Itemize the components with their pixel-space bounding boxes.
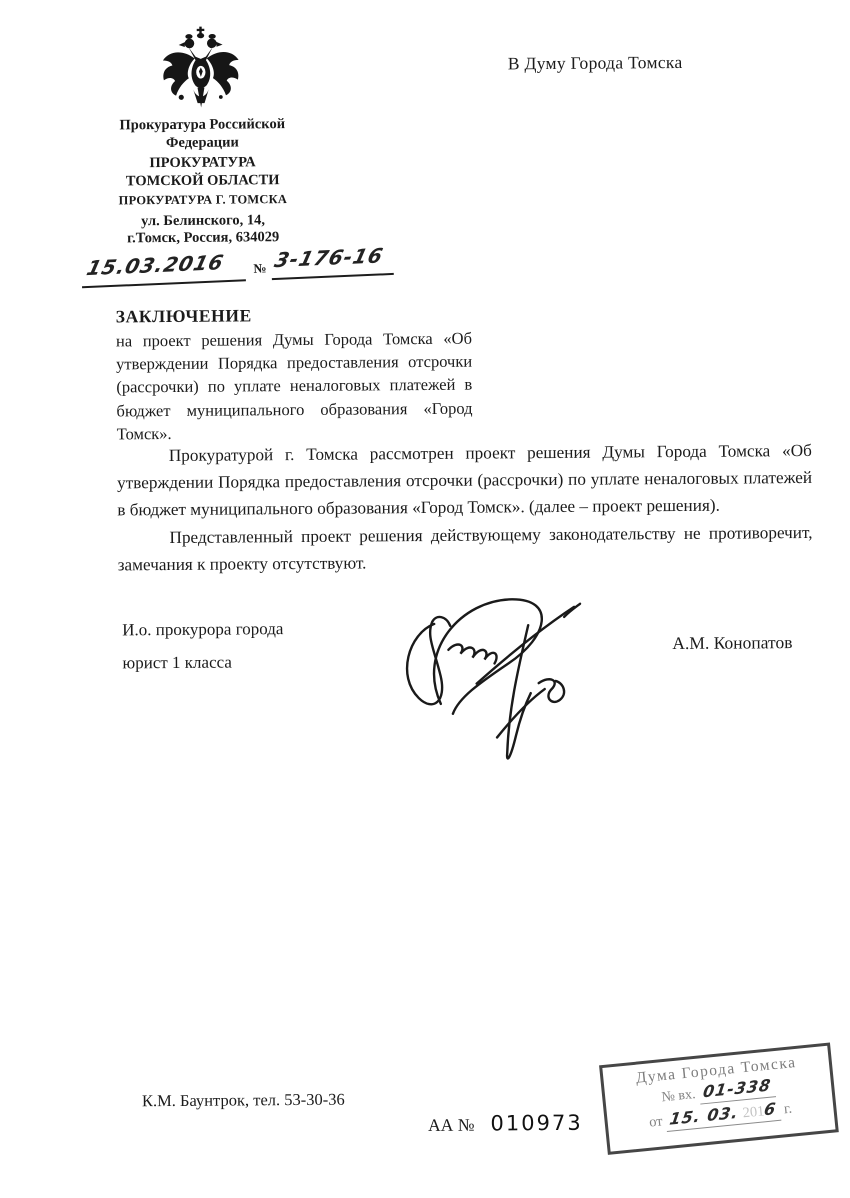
stamp-date-year-faded: 201 — [742, 1103, 765, 1121]
letterhead-org-region: ПРОКУРАТУРА ТОМСКОЙ ОБЛАСТИ — [82, 154, 322, 191]
addressee-line: В Думу Города Томска — [508, 52, 683, 74]
ref-date-underline — [82, 279, 246, 288]
incoming-registration-stamp: Дума Города Томска № вх. 01-338 от 15. 0… — [599, 1043, 839, 1155]
coat-of-arms-russia-icon — [157, 25, 244, 112]
ref-number-sign: № — [253, 260, 267, 277]
conclusion-heading: ЗАКЛЮЧЕНИЕ — [116, 304, 472, 328]
scan-content: В Думу Города Томска Прокуратура Российс… — [0, 0, 850, 1198]
letterhead-address-line2: г.Томск, Россия, 634029 — [83, 228, 323, 246]
signer-position-line2: юрист 1 класса — [122, 653, 232, 674]
form-series-label: АА № — [428, 1115, 475, 1136]
signer-name: А.М. Конопатов — [672, 632, 792, 654]
stamp-date-prefix: от — [648, 1113, 663, 1130]
stamp-date-year-handwriting: 6 — [763, 1099, 778, 1120]
executor-contact: К.М. Баунтрок, тел. 53-30-36 — [142, 1090, 345, 1112]
body-text: Прокуратурой г. Томска рассмотрен проект… — [117, 437, 813, 578]
form-serial: АА № 010973 — [428, 1111, 583, 1136]
conclusion-title-block: ЗАКЛЮЧЕНИЕ на проект решения Думы Города… — [116, 304, 473, 446]
document-page: В Думу Города Томска Прокуратура Российс… — [0, 0, 850, 1198]
ref-number-handwriting: 3-176-16 — [272, 243, 386, 272]
signer-position-line1: И.о. прокурора города — [122, 619, 283, 640]
stamp-entry-label: № вх. — [661, 1087, 696, 1105]
body-paragraph-1: Прокуратурой г. Томска рассмотрен проект… — [117, 437, 813, 524]
letterhead-org-parent: Прокуратура Российской Федерации — [82, 116, 322, 153]
ref-number-underline — [272, 273, 394, 280]
ref-date-handwriting: 15.03.2016 — [84, 250, 226, 280]
form-number: 010973 — [490, 1111, 582, 1136]
signature-scribble-icon — [378, 587, 591, 767]
conclusion-subject: на проект решения Думы Города Томска «Об… — [116, 327, 473, 446]
body-paragraph-2: Представленный проект решения действующе… — [117, 519, 812, 579]
letterhead-address-line1: ул. Белинского, 14, — [83, 212, 323, 230]
reference-line: 15.03.2016 № 3-176-16 — [81, 241, 403, 297]
letterhead-org-city: ПРОКУРАТУРА Г. ТОМСКА — [83, 192, 323, 209]
stamp-date-suffix: г. — [783, 1101, 792, 1118]
letterhead-address: ул. Белинского, 14, г.Томск, Россия, 634… — [83, 212, 323, 247]
